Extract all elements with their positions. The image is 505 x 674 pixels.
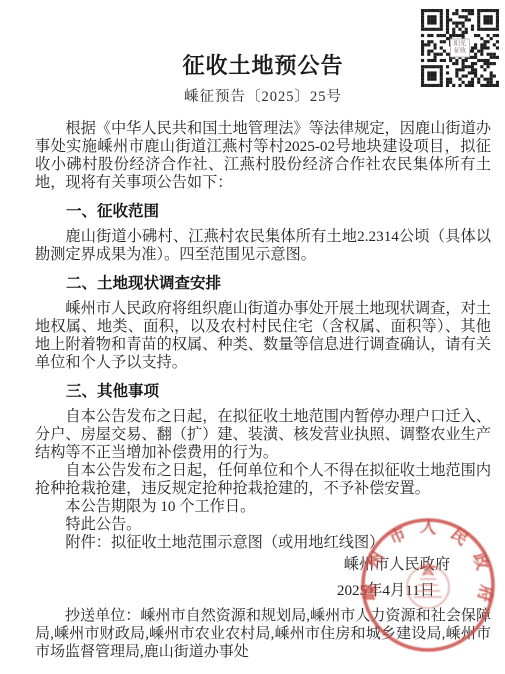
document-content: 征收土地预公告 嵊征预告〔2025〕25号 根据《中华人民共和国土地管理法》等法…	[0, 0, 505, 674]
section-3-paragraph-3: 本公告期限为 10 个工作日。	[35, 498, 491, 516]
document-number: 嵊征预告〔2025〕25号	[35, 88, 491, 106]
cc-label: 抄送单位：	[65, 608, 140, 624]
attachment-line: 附件：拟征收土地范围示意图（或用地红线图）	[35, 534, 491, 552]
section-3-paragraph-4: 特此公告。	[35, 516, 491, 534]
issuer-name: 嵊州市人民政府	[35, 556, 491, 574]
section-2-heading: 二、土地现状调查安排	[35, 274, 491, 293]
section-3-paragraph-2: 自本公告发布之日起，任何单位和个人不得在拟征收土地范围内抢种抢栽抢建，违反规定抢…	[35, 462, 491, 498]
announcement-document: 征收土地预公告 嵊征预告〔2025〕25号 根据《中华人民共和国土地管理法》等法…	[0, 0, 505, 674]
section-2-paragraph: 嵊州市人民政府将组织鹿山街道办事处开展土地现状调查，对土地权属、地类、面积，以及…	[35, 300, 491, 372]
signature-block: 嵊州市人民政府 2025年4月11日	[35, 556, 491, 600]
section-3-heading: 三、其他事项	[35, 382, 491, 401]
qr-center-label: 阳光 征收	[450, 39, 470, 58]
qr-code: 阳光 征收	[421, 9, 499, 87]
intro-paragraph: 根据《中华人民共和国土地管理法》等法律规定，因鹿山街道办事处实施嵊州市鹿山街道江…	[35, 120, 491, 192]
section-3-paragraph-1: 自本公告发布之日起，在拟征收土地范围内暂停办理户口迁入、分户、房屋交易、翻（扩）…	[35, 408, 491, 462]
cc-units-line: 抄送单位：嵊州市自然资源和规划局,嵊州市人力资源和社会保障局,嵊州市财政局,嵊州…	[35, 607, 491, 661]
section-1-heading: 一、征收范围	[35, 202, 491, 221]
section-1-paragraph: 鹿山街道小砩村、江燕村农民集体所有土地2.2314公顷（具体以勘测定界成果为准）…	[35, 228, 491, 264]
issue-date: 2025年4月11日	[35, 582, 491, 600]
